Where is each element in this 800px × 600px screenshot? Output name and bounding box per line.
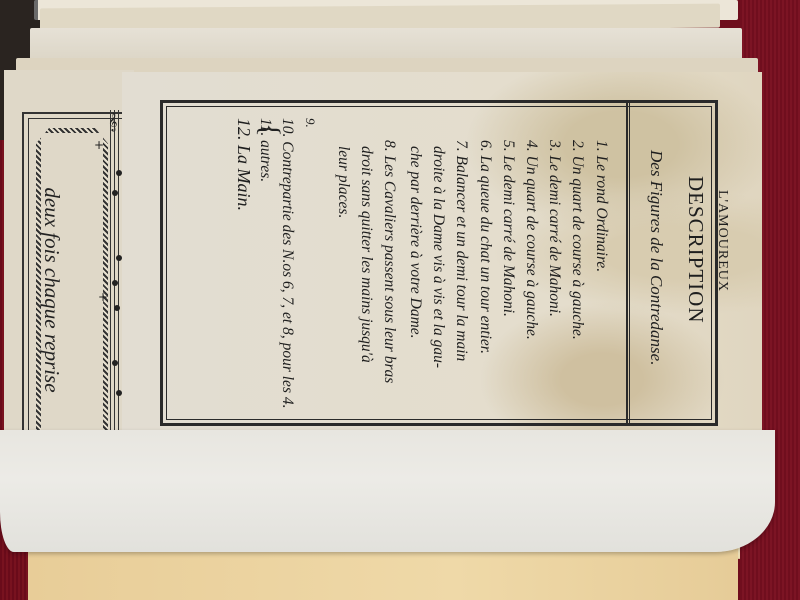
figure-line: droit sans quitter les mains jusqu'à <box>357 146 375 363</box>
curly-brace-icon: { <box>253 123 285 136</box>
figure-line: 3. Le demi carré de Mahoni. <box>545 140 563 317</box>
figure-line: 1. Le rond Ordinaire. <box>592 140 610 272</box>
treble-clef-icon: 𝄞 <box>108 112 117 132</box>
note-icon <box>112 190 118 196</box>
ornament-icon: + <box>94 138 104 152</box>
cover-board <box>28 548 738 600</box>
figure-line: 4. Un quart de course à gauche. <box>522 140 540 340</box>
note-icon <box>112 360 118 366</box>
ornament-icon: + <box>98 290 108 304</box>
repeat-caption: deux fois chaque reprise <box>37 140 67 440</box>
page-title: DESCRIPTION <box>683 176 708 324</box>
tissue-interleaf <box>0 430 775 552</box>
figure-line: 9. <box>302 118 318 128</box>
figure-line: 2. Un quart de course à gauche. <box>568 140 586 340</box>
note-icon <box>114 305 120 311</box>
title-divider <box>626 102 630 424</box>
figure-line: 7. Balancer et un demi tour la main <box>452 140 470 361</box>
figure-line: 12. La Main. <box>233 118 254 211</box>
note-icon <box>112 280 118 286</box>
figure-line: 8. Les Cavaliers passent sous leur bras <box>380 140 398 383</box>
figure-line: che par derrière à votre Dame. <box>406 146 424 339</box>
figure-line: leur places. <box>334 146 352 218</box>
page-subtitle: Des Figures de la Contredanse. <box>646 150 666 365</box>
figure-line: 10. Contrepartie des N.os 6, 7, et 8, po… <box>278 118 296 408</box>
figure-line: droite à la Dame vis à vis et la gau- <box>429 146 447 368</box>
figure-line: 5. Le demi carré de Mahoni. <box>499 140 517 317</box>
figure-line: 6. La queue du chat un tour entier. <box>476 140 494 354</box>
dance-name: L'AMOUREUX <box>714 190 730 292</box>
